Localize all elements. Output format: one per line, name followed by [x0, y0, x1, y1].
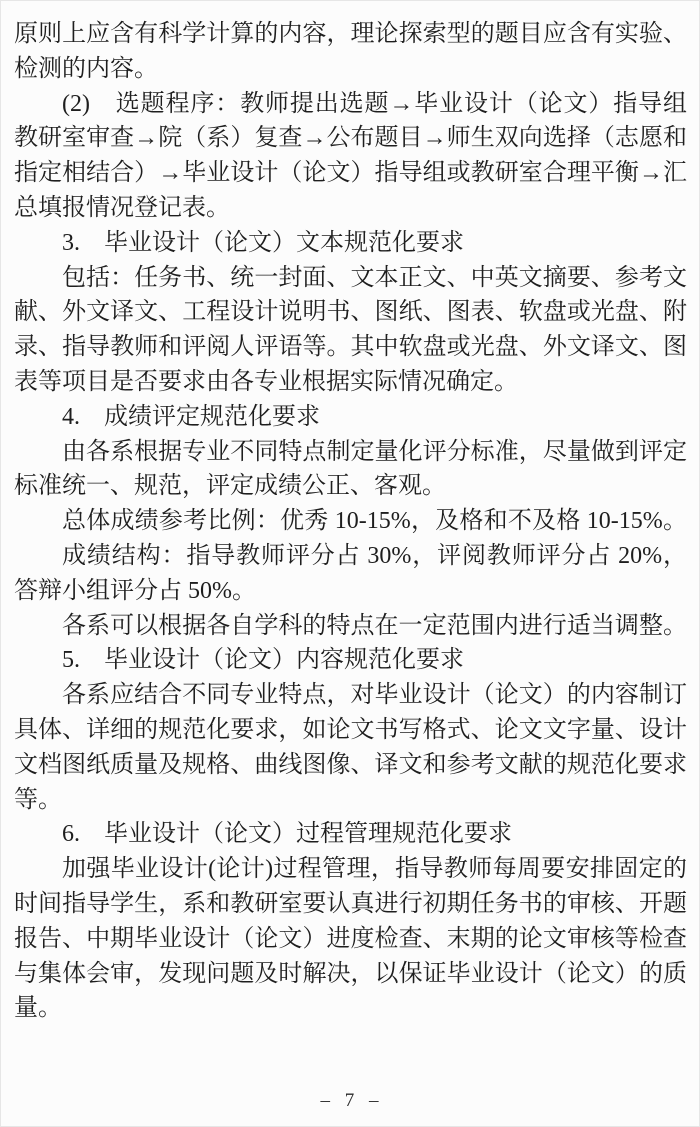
text-line-22: 文档图纸质量及规格、曲线图像、译文和参考文献的规范化要求: [14, 748, 687, 783]
document-body: 原则上应含有科学计算的内容，理论探索型的题目应含有实验、检测的内容。(2) 选题…: [14, 17, 687, 1026]
text-line-28: 与集体会审，发现问题及时解决，以保证毕业设计（论文）的质: [14, 957, 687, 992]
page-number: – 7 –: [0, 1085, 700, 1117]
text-line-21: 具体、详细的规范化要求，如论文书写格式、论文文字量、设计: [14, 713, 687, 748]
text-line-4: 教研室审查→院（系）复查→公布题目→师生双向选择（志愿和: [14, 121, 687, 156]
text-line-16: 成绩结构：指导教师评分占 30%，评阅教师评分占 20%，: [14, 539, 687, 574]
text-line-23: 等。: [14, 783, 687, 818]
text-line-14: 标准统一、规范，评定成绩公正、客观。: [14, 469, 687, 504]
text-line-20: 各系应结合不同专业特点，对毕业设计（论文）的内容制订: [14, 678, 687, 713]
text-line-18: 各系可以根据各自学科的特点在一定范围内进行适当调整。: [14, 609, 687, 644]
document-page: 原则上应含有科学计算的内容，理论探索型的题目应含有实验、检测的内容。(2) 选题…: [0, 0, 700, 1127]
text-line-13: 由各系根据专业不同特点制定量化评分标准，尽量做到评定: [14, 435, 687, 470]
text-line-5: 指定相结合）→毕业设计（论文）指导组或教研室合理平衡→汇: [14, 156, 687, 191]
text-line-11: 表等项目是否要求由各专业根据实际情况确定。: [14, 365, 687, 400]
text-line-10: 录、指导教师和评阅人评语等。其中软盘或光盘、外文译文、图: [14, 330, 687, 365]
text-line-26: 时间指导学生，系和教研室要认真进行初期任务书的审核、开题: [14, 887, 687, 922]
text-line-27: 报告、中期毕业设计（论文）进度检查、末期的论文审核等检查: [14, 922, 687, 957]
text-line-15: 总体成绩参考比例：优秀 10-15%，及格和不及格 10-15%。: [14, 504, 687, 539]
text-line-1: 原则上应含有科学计算的内容，理论探索型的题目应含有实验、: [14, 17, 687, 52]
text-line-19: 5. 毕业设计（论文）内容规范化要求: [14, 643, 687, 678]
text-line-29: 量。: [14, 991, 687, 1026]
text-line-7: 3. 毕业设计（论文）文本规范化要求: [14, 226, 687, 261]
text-line-8: 包括：任务书、统一封面、文本正文、中英文摘要、参考文: [14, 261, 687, 296]
text-line-2: 检测的内容。: [14, 52, 687, 87]
text-line-25: 加强毕业设计(论计)过程管理，指导教师每周要安排固定的: [14, 852, 687, 887]
text-line-6: 总填报情况登记表。: [14, 191, 687, 226]
text-line-17: 答辩小组评分占 50%。: [14, 574, 687, 609]
text-line-9: 献、外文译文、工程设计说明书、图纸、图表、软盘或光盘、附: [14, 295, 687, 330]
text-line-12: 4. 成绩评定规范化要求: [14, 400, 687, 435]
text-line-3: (2) 选题程序：教师提出选题→毕业设计（论文）指导组或: [14, 87, 687, 122]
text-line-24: 6. 毕业设计（论文）过程管理规范化要求: [14, 817, 687, 852]
